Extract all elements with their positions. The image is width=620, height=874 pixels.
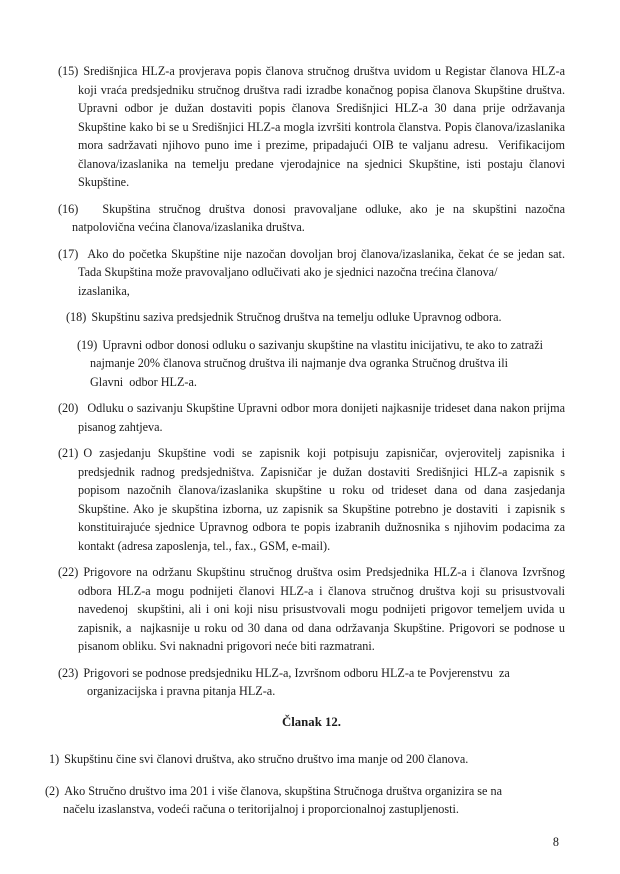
page-number: 8 — [58, 833, 565, 852]
paragraph-text: Ako Stručno društvo ima 201 i više člano… — [63, 784, 502, 817]
item-number: (20) — [58, 401, 78, 415]
item-number: (17) — [58, 247, 78, 261]
item-number: (16) — [58, 202, 78, 216]
paragraph-19: (19)Upravni odbor donosi odluku o saziva… — [77, 336, 565, 392]
article-heading: Članak 12. — [58, 713, 565, 732]
paragraph-20: (20)Odluku o sazivanju Skupštine Upravni… — [58, 399, 565, 436]
paragraph-16: (16)Skupština stručnog društva donosi pr… — [58, 200, 565, 237]
item-number: (22) — [58, 565, 78, 579]
item-number: (23) — [58, 666, 78, 680]
paragraph-22: (22)Prigovore na održanu Skupštinu struč… — [58, 563, 565, 656]
item-number: (21) — [58, 446, 78, 460]
paragraph-text: Središnjica HLZ-a provjerava popis člano… — [78, 64, 568, 189]
item-number: (2) — [45, 784, 59, 798]
item-number: (15) — [58, 64, 78, 78]
paragraph-text: O zasjedanju Skupštine vodi se zapisnik … — [78, 446, 568, 553]
document-page: (15)Središnjica HLZ-a provjerava popis č… — [0, 0, 620, 874]
paragraph-17: (17)Ako do početka Skupštine nije nazoča… — [58, 245, 565, 301]
paragraph-text: Prigovore na održanu Skupštinu stručnog … — [78, 565, 568, 653]
item-number: 1) — [49, 752, 59, 766]
paragraph-text: Skupština stručnog društva donosi pravov… — [72, 202, 568, 235]
paragraph-text: Prigovori se podnose predsjedniku HLZ-a,… — [83, 666, 509, 699]
item-number: (18) — [66, 310, 86, 324]
paragraph-text: Upravni odbor donosi odluku o sazivanju … — [90, 338, 543, 389]
paragraph-23: (23)Prigovori se podnose predsjedniku HL… — [58, 664, 565, 701]
paragraph-text: Skupštinu saziva predsjednik Stručnog dr… — [91, 310, 501, 324]
article-paragraph-2: (2)Ako Stručno društvo ima 201 i više čl… — [45, 782, 565, 819]
article-paragraph-1: 1)Skupštinu čine svi članovi društva, ak… — [49, 750, 565, 769]
paragraph-15: (15)Središnjica HLZ-a provjerava popis č… — [58, 62, 565, 192]
item-number: (19) — [77, 338, 97, 352]
paragraph-18: (18)Skupštinu saziva predsjednik Stručno… — [66, 308, 565, 327]
paragraph-text: Odluku o sazivanju Skupštine Upravni odb… — [78, 401, 571, 434]
paragraph-text: Ako do početka Skupštine nije nazočan do… — [78, 247, 568, 298]
paragraph-21: (21)O zasjedanju Skupštine vodi se zapis… — [58, 444, 565, 555]
paragraph-text: Skupštinu čine svi članovi društva, ako … — [64, 752, 468, 766]
